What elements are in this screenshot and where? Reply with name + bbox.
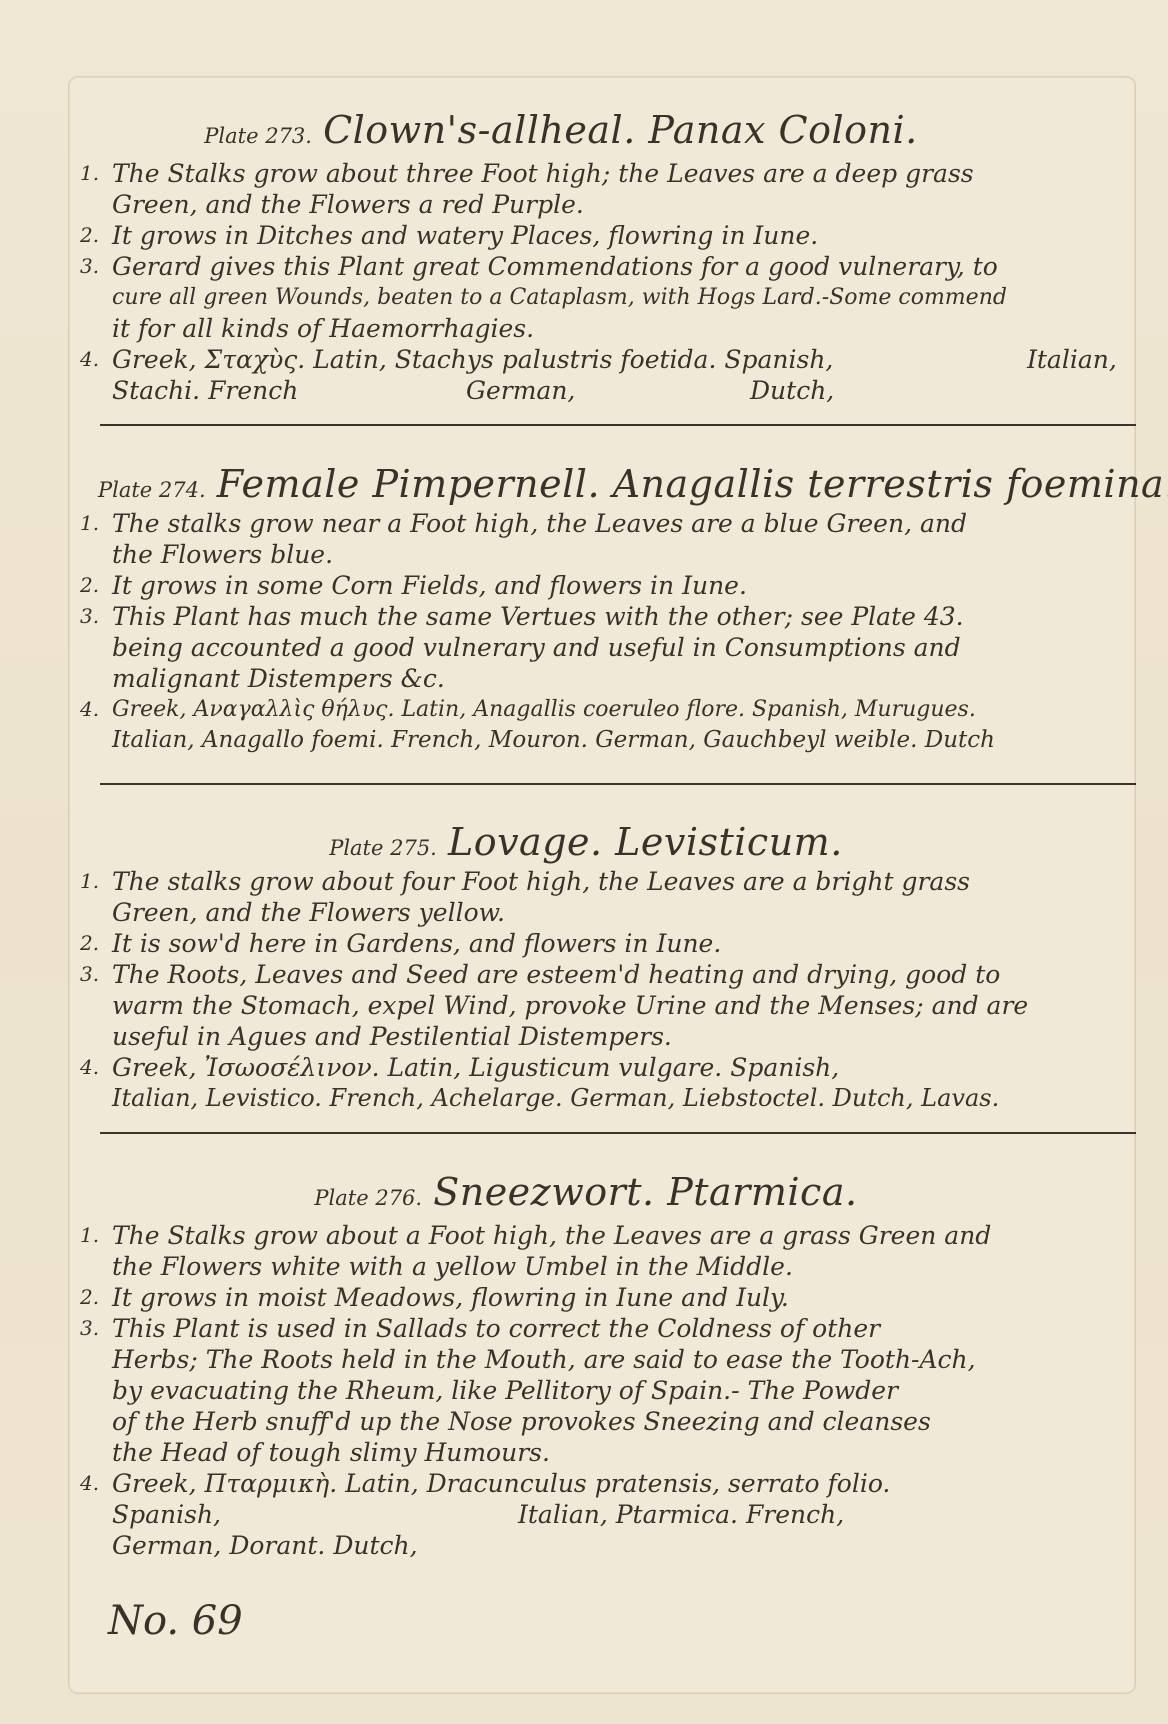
plate-label: Plate 276. <box>314 1186 422 1210</box>
item-text: Gerard gives this Plant great Commendati… <box>112 251 1134 282</box>
item-text: Green, and the Flowers a red Purple. <box>112 189 1134 220</box>
description-item: 4. Greek, Σταχὺς. Latin, Stachys palustr… <box>72 344 1134 406</box>
plate-section-273: Plate 273. Clown's-allheal. Panax Coloni… <box>68 108 1134 406</box>
item-text: cure all green Wounds, beaten to a Catap… <box>112 282 1134 313</box>
plate-title: Plate 273. Clown's-allheal. Panax Coloni… <box>68 108 1134 152</box>
item-text: The Roots, Leaves and Seed are esteem'd … <box>112 959 1134 990</box>
item-text: Italian, Levistico. French, Achelarge. G… <box>112 1083 1134 1114</box>
item-number: 1. <box>80 866 99 897</box>
item-text-italian: Italian, <box>1027 344 1117 375</box>
item-text: It grows in some Corn Fields, and flower… <box>112 570 1134 601</box>
description-item: 4. Greek, Πταρμικὴ. Latin, Dracunculus p… <box>72 1468 1134 1561</box>
item-text: Greek, Αναγαλλὶς θήλυς. Latin, Anagallis… <box>112 694 1134 725</box>
item-number: 1. <box>80 1220 99 1251</box>
item-text-german: German, <box>466 375 575 406</box>
plate-section-274: Plate 274. Female Pimpernell. Anagallis … <box>68 462 1134 756</box>
item-number: 4. <box>80 1052 99 1083</box>
item-text: useful in Agues and Pestilential Distemp… <box>112 1021 1134 1052</box>
item-number: 2. <box>80 928 99 959</box>
plate-label: Plate 274. <box>98 478 206 502</box>
item-number: 3. <box>80 251 99 282</box>
item-text: warm the Stomach, expel Wind, provoke Ur… <box>112 990 1134 1021</box>
item-text: by evacuating the Rheum, like Pellitory … <box>112 1375 1134 1406</box>
section-divider <box>100 424 1136 426</box>
plate-name: Lovage. Levisticum. <box>448 820 843 864</box>
item-text: This Plant has much the same Vertues wit… <box>112 601 1134 632</box>
item-number: 2. <box>80 220 99 251</box>
plate-section-275: Plate 275. Lovage. Levisticum. 1. The st… <box>68 820 1134 1114</box>
item-text: Greek, Ἰσωοσέλινον. Latin, Ligusticum vu… <box>112 1052 1134 1083</box>
item-number: 3. <box>80 1313 99 1344</box>
item-text: Stachi. French <box>112 376 298 405</box>
item-text: Greek, Σταχὺς. Latin, Stachys palustris … <box>112 345 833 374</box>
item-number: 2. <box>80 570 99 601</box>
plate-label: Plate 273. <box>204 124 312 148</box>
item-text: It grows in moist Meadows, flowring in I… <box>112 1282 1134 1313</box>
item-number: 3. <box>80 959 99 990</box>
item-number: 1. <box>80 158 99 189</box>
description-item: 1. The Stalks grow about a Foot high, th… <box>72 1220 1134 1282</box>
item-text: This Plant is used in Sallads to correct… <box>112 1313 1134 1344</box>
item-text: the Flowers white with a yellow Umbel in… <box>112 1251 1134 1282</box>
item-text: The Stalks grow about three Foot high; t… <box>112 158 1134 189</box>
description-item: 3. This Plant is used in Sallads to corr… <box>72 1313 1134 1468</box>
description-item: 2. It grows in Ditches and watery Places… <box>72 220 1134 251</box>
description-item: 4. Greek, Αναγαλλὶς θήλυς. Latin, Anagal… <box>72 694 1134 756</box>
item-number: 3. <box>80 601 99 632</box>
item-number: 4. <box>80 1468 99 1499</box>
description-item: 3. The Roots, Leaves and Seed are esteem… <box>72 959 1134 1052</box>
plate-title: Plate 276. Sneezwort. Ptarmica. <box>68 1170 1134 1214</box>
item-text: the Head of tough slimy Humours. <box>112 1437 1134 1468</box>
item-text: being accounted a good vulnerary and use… <box>112 632 1134 663</box>
item-number: 4. <box>80 694 99 725</box>
section-divider <box>100 1132 1136 1134</box>
plate-name: Female Pimpernell. Anagallis terrestris … <box>217 462 1168 506</box>
item-text: The stalks grow near a Foot high, the Le… <box>112 508 1134 539</box>
description-item: 1. The stalks grow about four Foot high,… <box>72 866 1134 928</box>
description-item: 2. It grows in moist Meadows, flowring i… <box>72 1282 1134 1313</box>
item-number: 4. <box>80 344 99 375</box>
plate-title: Plate 275. Lovage. Levisticum. <box>68 820 1134 864</box>
item-text: Green, and the Flowers yellow. <box>112 897 1134 928</box>
description-item: 1. The Stalks grow about three Foot high… <box>72 158 1134 220</box>
description-item: 2. It is sow'd here in Gardens, and flow… <box>72 928 1134 959</box>
item-text-italian: Italian, Ptarmica. French, <box>518 1499 844 1530</box>
plate-title: Plate 274. Female Pimpernell. Anagallis … <box>68 462 1134 506</box>
item-text: of the Herb snuff'd up the Nose provokes… <box>112 1406 1134 1437</box>
description-item: 3. Gerard gives this Plant great Commend… <box>72 251 1134 344</box>
description-item: 1. The stalks grow near a Foot high, the… <box>72 508 1134 570</box>
plate-name: Clown's-allheal. Panax Coloni. <box>323 108 918 152</box>
item-text-dutch: Dutch, <box>750 375 834 406</box>
item-text: It grows in Ditches and watery Places, f… <box>112 220 1134 251</box>
item-text: The Stalks grow about a Foot high, the L… <box>112 1220 1134 1251</box>
item-text: Greek, Πταρμικὴ. Latin, Dracunculus prat… <box>112 1468 1134 1499</box>
section-divider <box>100 783 1136 785</box>
plate-name: Sneezwort. Ptarmica. <box>433 1170 857 1214</box>
item-text: German, Dorant. Dutch, <box>112 1530 1134 1561</box>
item-text: Spanish, <box>112 1500 221 1529</box>
item-text: Herbs; The Roots held in the Mouth, are … <box>112 1344 1134 1375</box>
plate-series-number: No. 69 <box>108 1598 243 1644</box>
item-text: It is sow'd here in Gardens, and flowers… <box>112 928 1134 959</box>
plate-label: Plate 275. <box>329 836 437 860</box>
item-number: 1. <box>80 508 99 539</box>
item-text: the Flowers blue. <box>112 539 1134 570</box>
description-item: 3. This Plant has much the same Vertues … <box>72 601 1134 694</box>
item-number: 2. <box>80 1282 99 1313</box>
item-text: malignant Distempers &c. <box>112 663 1134 694</box>
description-item: 2. It grows in some Corn Fields, and flo… <box>72 570 1134 601</box>
item-text: it for all kinds of Haemorrhagies. <box>112 313 1134 344</box>
plate-section-276: Plate 276. Sneezwort. Ptarmica. 1. The S… <box>68 1170 1134 1561</box>
item-text: The stalks grow about four Foot high, th… <box>112 866 1134 897</box>
item-text: Italian, Anagallo foemi. French, Mouron.… <box>112 725 1134 756</box>
description-item: 4. Greek, Ἰσωοσέλινον. Latin, Ligusticum… <box>72 1052 1134 1114</box>
